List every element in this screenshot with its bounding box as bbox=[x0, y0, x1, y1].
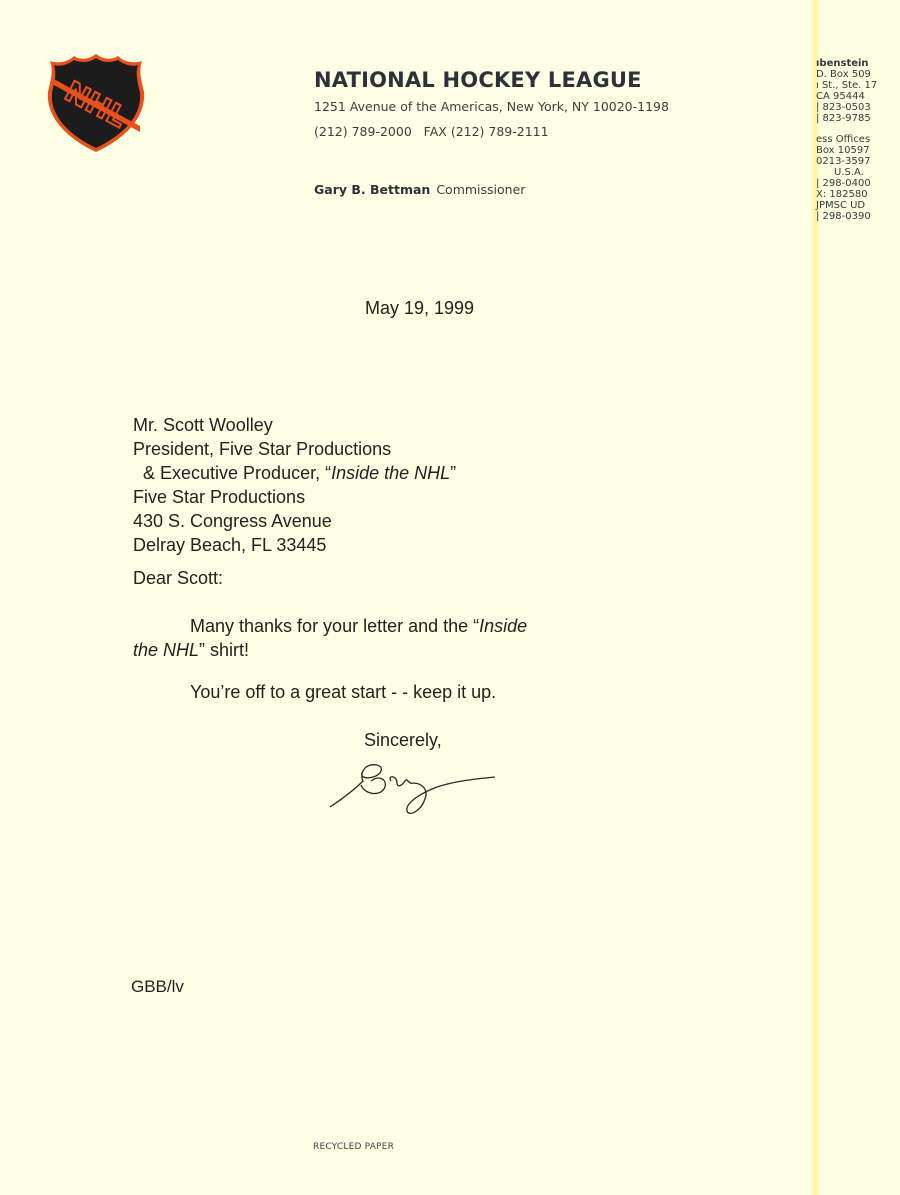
show-title: Inside the NHL bbox=[331, 463, 450, 483]
text: Many thanks for your letter and the “ bbox=[190, 616, 479, 636]
side-line: | 823-9785 bbox=[816, 113, 877, 124]
letterhead-address: 1251 Avenue of the Americas, New York, N… bbox=[314, 99, 669, 114]
text: ” bbox=[450, 463, 456, 483]
paragraph-2: You’re off to a great start - - keep it … bbox=[190, 682, 496, 703]
text: & Executive Producer, “ bbox=[143, 463, 331, 483]
closing: Sincerely, bbox=[364, 730, 442, 751]
commissioner-name: Gary B. Bettman bbox=[314, 182, 430, 197]
recycled-paper-mark: RECYCLED PAPER bbox=[313, 1142, 394, 1152]
side-line: | 298-0400 bbox=[816, 178, 871, 189]
recipient-company: Five Star Productions bbox=[133, 485, 456, 509]
side-line: ıbenstein bbox=[816, 58, 877, 69]
commissioner-title: Commissioner bbox=[436, 182, 525, 197]
signature-icon bbox=[325, 755, 500, 825]
letter-date: May 19, 1999 bbox=[365, 298, 474, 319]
recipient-city: Delray Beach, FL 33445 bbox=[133, 533, 456, 557]
side-line: CA 95444 bbox=[816, 91, 877, 102]
recipient-address: Mr. Scott Woolley President, Five Star P… bbox=[133, 413, 456, 557]
side-line: | 298-0390 bbox=[816, 211, 871, 222]
salutation: Dear Scott: bbox=[133, 568, 223, 589]
side-line: | 823-0503 bbox=[816, 102, 877, 113]
side-line: JPMSC UD bbox=[816, 200, 871, 211]
letterhead-phone-fax: (212) 789-2000 FAX (212) 789-2111 bbox=[314, 124, 549, 139]
side-line: 0213-3597 bbox=[816, 156, 871, 167]
side-page-block-2: ess Offices Box 10597 0213-3597 U.S.A. |… bbox=[816, 134, 871, 222]
recipient-name: Mr. Scott Woolley bbox=[133, 413, 456, 437]
side-line: X: 182580 bbox=[816, 189, 871, 200]
letterhead-commissioner: Gary B. BettmanCommissioner bbox=[314, 182, 525, 197]
typist-initials: GBB/lv bbox=[131, 977, 184, 997]
side-line: Box 10597 bbox=[816, 145, 871, 156]
side-line: ess Offices bbox=[816, 134, 871, 145]
paragraph-1: Many thanks for your letter and the “Ins… bbox=[133, 614, 573, 662]
letter-page bbox=[0, 0, 816, 1195]
recipient-title: President, Five Star Productions bbox=[133, 437, 456, 461]
side-line: D. Box 509 bbox=[816, 69, 877, 80]
recipient-title-2: & Executive Producer, “Inside the NHL” bbox=[133, 461, 456, 485]
organization-name: NATIONAL HOCKEY LEAGUE bbox=[314, 68, 642, 92]
side-line: ı St., Ste. 17 bbox=[816, 80, 877, 91]
side-page-block-1: ıbenstein D. Box 509 ı St., Ste. 17 CA 9… bbox=[816, 58, 877, 124]
side-line: U.S.A. bbox=[816, 167, 871, 178]
show-title: the NHL bbox=[133, 640, 199, 660]
recipient-street: 430 S. Congress Avenue bbox=[133, 509, 456, 533]
show-title: Inside bbox=[479, 616, 527, 636]
nhl-shield-logo-icon: NHL bbox=[44, 52, 148, 154]
text: ” shirt! bbox=[199, 640, 249, 660]
